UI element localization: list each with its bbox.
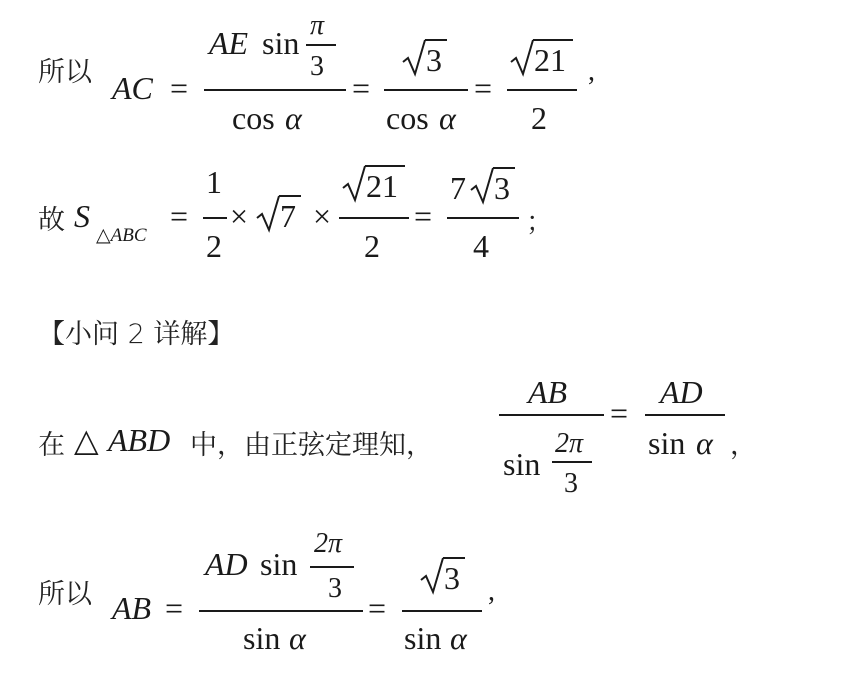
- inner-fraction-bar: [306, 44, 336, 46]
- triangle-symbol: △: [74, 424, 99, 456]
- numerator-variable: AE: [209, 27, 248, 59]
- sin-function: sin: [262, 27, 299, 59]
- fraction-bar: [402, 610, 482, 612]
- equals-sign: =: [352, 72, 370, 104]
- coefficient: 7: [450, 172, 466, 204]
- numerator-variable: AD: [205, 548, 248, 580]
- denominator: 2: [206, 230, 222, 262]
- inner-denominator: 3: [328, 575, 342, 603]
- triangle-name: ABD: [108, 424, 170, 456]
- fraction-bar: [499, 414, 604, 416]
- radicand: 3: [494, 172, 510, 204]
- radical-icon: [510, 38, 534, 78]
- fraction-bar: [507, 89, 577, 91]
- fraction-bar: [384, 89, 468, 91]
- inner-denominator: 3: [310, 53, 324, 81]
- sin-function: sin: [503, 448, 540, 480]
- sin-function: sin: [243, 622, 280, 654]
- radical-icon: [402, 38, 426, 78]
- equals-sign: =: [165, 592, 183, 624]
- sin-function: sin: [404, 622, 441, 654]
- prefix-text: 所以: [38, 572, 92, 611]
- area-symbol: S: [74, 200, 90, 232]
- lhs-variable: AC: [112, 72, 153, 104]
- equals-sign: =: [414, 200, 432, 232]
- equals-sign: =: [170, 72, 188, 104]
- radicand: 3: [426, 44, 442, 76]
- prefix-text: 故: [38, 198, 65, 237]
- semicolon: ；: [526, 200, 553, 239]
- cos-function: cos: [232, 102, 275, 134]
- sin-function: sin: [260, 548, 297, 580]
- radical-icon: [420, 556, 444, 596]
- inner-numerator: 2π: [555, 430, 583, 458]
- inner-denominator: 3: [564, 470, 578, 498]
- fraction-bar: [645, 414, 725, 416]
- alpha-symbol: α: [439, 102, 456, 134]
- radicand: 7: [280, 200, 296, 232]
- fraction-bar: [339, 217, 409, 219]
- radicand: 21: [366, 170, 398, 202]
- inner-fraction-bar: [552, 461, 592, 463]
- radical-icon: [256, 194, 280, 234]
- numerator: AB: [528, 376, 567, 408]
- numerator: AD: [660, 376, 703, 408]
- prefix-text: 在: [38, 423, 65, 462]
- section-heading: 【小问 2 详解】: [38, 312, 234, 351]
- denominator: 2: [531, 102, 547, 134]
- denominator: 4: [473, 230, 489, 262]
- inner-fraction-bar: [310, 566, 354, 568]
- equals-sign: =: [610, 397, 628, 429]
- fraction-bar: [203, 217, 227, 219]
- denominator: 2: [364, 230, 380, 262]
- prefix-text: 所以: [38, 50, 92, 89]
- comma: ,: [488, 578, 495, 606]
- area-subscript: △ABC: [96, 224, 147, 247]
- radical-icon: [342, 164, 366, 204]
- numerator: 1: [206, 166, 222, 198]
- alpha-symbol: α: [289, 622, 306, 654]
- fraction-bar: [204, 89, 346, 91]
- times-sign: ×: [230, 200, 248, 232]
- fraction-bar: [199, 610, 363, 612]
- equals-sign: =: [368, 592, 386, 624]
- alpha-symbol: α: [696, 427, 713, 459]
- comma: ,: [588, 58, 595, 86]
- radical-icon: [470, 166, 494, 206]
- equals-sign: =: [474, 72, 492, 104]
- times-sign: ×: [313, 200, 331, 232]
- lhs-variable: AB: [112, 592, 151, 624]
- radicand: 3: [444, 562, 460, 594]
- radicand: 21: [534, 44, 566, 76]
- alpha-symbol: α: [450, 622, 467, 654]
- alpha-symbol: α: [285, 102, 302, 134]
- fraction-bar: [447, 217, 519, 219]
- prefix-text-2: 中，由正弦定理知，: [190, 423, 433, 462]
- cos-function: cos: [386, 102, 429, 134]
- equals-sign: =: [170, 200, 188, 232]
- inner-numerator: 2π: [314, 530, 342, 558]
- comma: ，: [730, 423, 757, 462]
- pi-symbol: π: [310, 12, 324, 40]
- sin-function: sin: [648, 427, 685, 459]
